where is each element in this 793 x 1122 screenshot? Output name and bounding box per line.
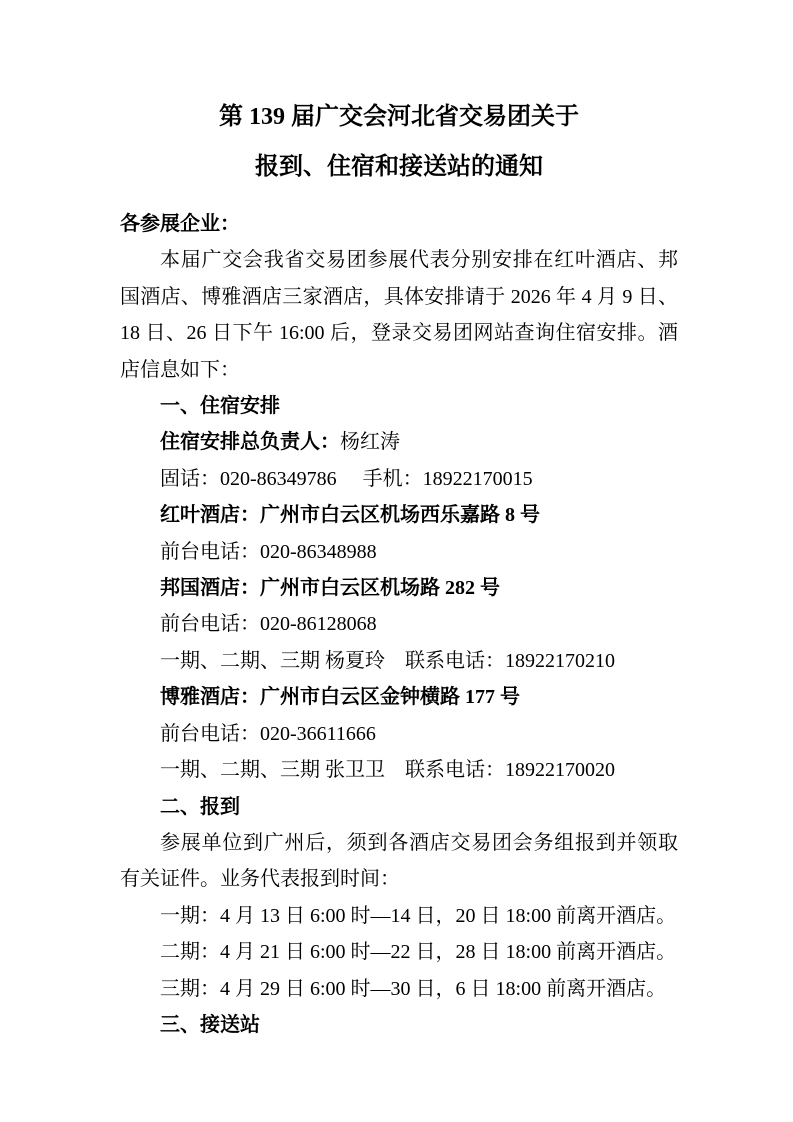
hotel-hongye-name-address: 红叶酒店：广州市白云区机场西乐嘉路 8 号 <box>120 497 678 533</box>
checkin-schedule-phase1: 一期：4 月 13 日 6:00 时—14 日，20 日 18:00 前离开酒店… <box>120 898 678 934</box>
hotel-boya-contact-line: 一期、二期、三期 张卫卫 联系电话：18922170020 <box>120 752 678 788</box>
document-title-line1: 第 139 届广交会河北省交易团关于 <box>120 92 678 142</box>
hotel-hongye-front-desk: 前台电话：020-86348988 <box>120 534 678 570</box>
manager-name: 杨红涛 <box>340 431 400 453</box>
intro-paragraph: 本届广交会我省交易团参展代表分别安排在红叶酒店、邦国酒店、博雅酒店三家酒店，具体… <box>120 242 678 388</box>
accommodation-manager-line: 住宿安排总负责人：杨红涛 <box>120 424 678 460</box>
manager-mobile: 手机：18922170015 <box>363 468 533 490</box>
section-checkin-heading: 二、报到 <box>120 789 678 825</box>
document-body: 各参展企业： 本届广交会我省交易团参展代表分别安排在红叶酒店、邦国酒店、博雅酒店… <box>120 206 678 1043</box>
hotel-bangguo-front-desk: 前台电话：020-86128068 <box>120 606 678 642</box>
document-title-line2: 报到、住宿和接送站的通知 <box>120 142 678 192</box>
document-title: 第 139 届广交会河北省交易团关于 报到、住宿和接送站的通知 <box>120 92 678 192</box>
checkin-schedule-phase2: 二期：4 月 21 日 6:00 时—22 日，28 日 18:00 前离开酒店… <box>120 934 678 970</box>
hotel-boya-front-desk: 前台电话：020-36611666 <box>120 716 678 752</box>
checkin-paragraph: 参展单位到广州后，须到各酒店交易团会务组报到并领取有关证件。业务代表报到时间： <box>120 825 678 898</box>
document-page: 第 139 届广交会河北省交易团关于 报到、住宿和接送站的通知 各参展企业： 本… <box>0 0 793 1122</box>
section-shuttle-heading: 三、接送站 <box>120 1007 678 1043</box>
section-accommodation-heading: 一、住宿安排 <box>120 388 678 424</box>
checkin-schedule-phase3: 三期：4 月 29 日 6:00 时—30 日，6 日 18:00 前离开酒店。 <box>120 971 678 1007</box>
hotel-bangguo-contact-line: 一期、二期、三期 杨夏玲 联系电话：18922170210 <box>120 643 678 679</box>
manager-phone-line: 固话：020-86349786手机：18922170015 <box>120 461 678 497</box>
manager-label: 住宿安排总负责人： <box>160 431 340 453</box>
hotel-boya-name-address: 博雅酒店：广州市白云区金钟横路 177 号 <box>120 679 678 715</box>
salutation: 各参展企业： <box>120 206 678 242</box>
manager-landline: 固话：020-86349786 <box>160 468 337 490</box>
hotel-bangguo-name-address: 邦国酒店：广州市白云区机场路 282 号 <box>120 570 678 606</box>
